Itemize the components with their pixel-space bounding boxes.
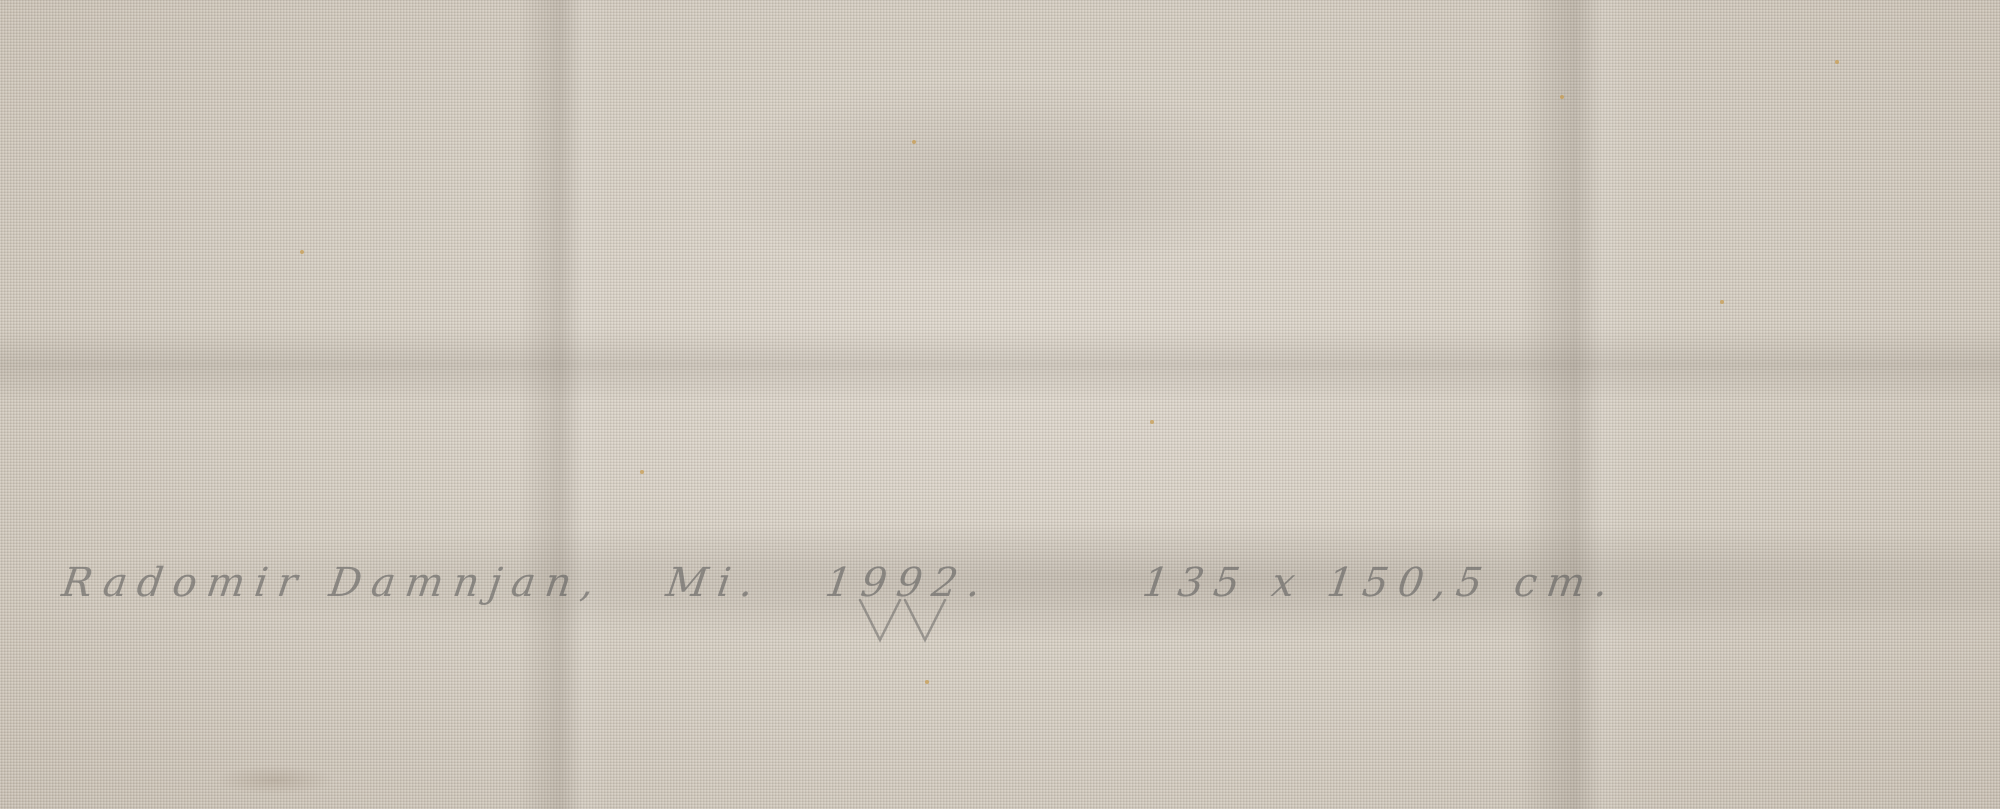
fiber-fleck [912,140,916,144]
fiber-fleck [1150,420,1154,424]
fiber-fleck [1560,95,1564,99]
faint-pencil-mark [215,765,335,795]
center-shadow [700,80,1300,280]
pencil-inscription: Radomir Damnjan, Mi. 1992. 135 x 150,5 c… [54,560,1765,640]
fiber-fleck [1720,300,1724,304]
pencil-strokes [0,0,2000,809]
inscription-year: 1992. [823,560,994,606]
horizontal-fold-upper [0,330,2000,400]
inscription-medium: Mi. [663,560,766,606]
fiber-fleck [925,680,929,684]
fiber-fleck [640,470,644,474]
fiber-fleck [1835,60,1839,64]
vertical-fold-left [520,0,610,809]
inscription-artist: Radomir Damnjan, [59,560,607,606]
vertical-fold-right [1520,0,1630,809]
inscription-dimensions: 135 x 150,5 cm. [1140,560,1621,606]
fiber-fleck [300,250,304,254]
linen-canvas-back: Radomir Damnjan, Mi. 1992. 135 x 150,5 c… [0,0,2000,809]
